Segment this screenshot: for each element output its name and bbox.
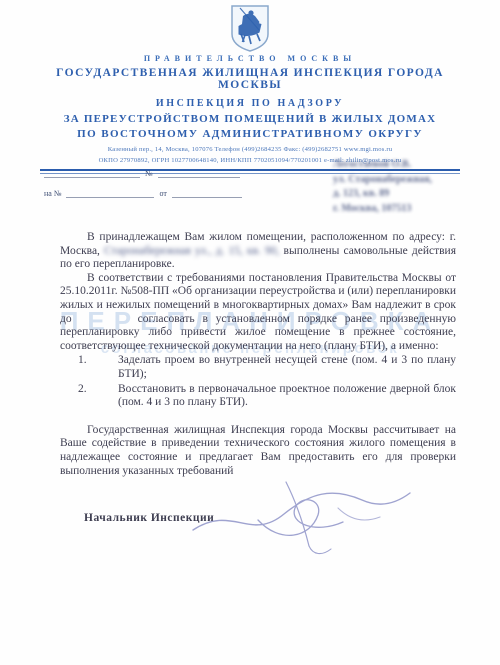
letterhead: ПРАВИТЕЛЬСТВО МОСКВЫ ГОСУДАРСТВЕННАЯ ЖИЛ…: [40, 4, 460, 174]
blank-line: [172, 188, 242, 198]
signature-block: Начальник Инспекции: [60, 468, 450, 598]
government-line: ПРАВИТЕЛЬСТВО МОСКВЫ: [40, 54, 460, 63]
requirements-list: 1. Заделать проем во внутренней несущей …: [60, 354, 456, 409]
blank-line: [66, 188, 154, 198]
recipient-house: д. 123, кв. 89: [333, 187, 468, 202]
recipient-address-redacted: Легостаевой О.В. ул. Старонабережная, д.…: [333, 158, 468, 216]
recipient-name: Легостаевой О.В.: [333, 158, 468, 173]
blank-line: [158, 168, 240, 178]
list-item: 1. Заделать проем во внутренней несущей …: [60, 354, 456, 381]
department-line2: ЗА ПЕРЕУСТРОЙСТВОМ ПОМЕЩЕНИЙ В ЖИЛЫХ ДОМ…: [40, 113, 460, 125]
from-label: от: [159, 189, 166, 198]
list-item-text: Заделать проем во внутренней несущей сте…: [118, 354, 456, 380]
scanned-letter-page: ПЕРЕПЛАНИРОВКА согласование перепланиров…: [0, 0, 500, 665]
recipient-street: ул. Старонабережная,: [333, 173, 468, 188]
paragraph-1: В принадлежащем Вам жилом помещении, рас…: [60, 231, 456, 272]
moscow-coat-of-arms-icon: [229, 4, 271, 52]
number-label: №: [145, 169, 153, 178]
list-item-number: 1.: [78, 354, 87, 368]
letter-body: В принадлежащем Вам жилом помещении, рас…: [60, 231, 456, 478]
department-line1: ИНСПЕКЦИЯ ПО НАДЗОРУ: [40, 98, 460, 109]
reference-row-reply: на №от: [44, 188, 284, 198]
paragraph-2-tail: согласовать в установленном порядке ране…: [60, 313, 456, 352]
list-item-number: 2.: [78, 383, 87, 397]
contact-line: Казенный пер., 14, Москва, 107076 Телефо…: [40, 146, 460, 153]
handwritten-signature: [188, 468, 418, 568]
blank-line: [44, 168, 140, 178]
list-item: 2. Восстановить в первоначальное проектн…: [60, 383, 456, 410]
list-item-text: Восстановить в первоначальное проектное …: [118, 383, 456, 409]
on-number-label: на №: [44, 189, 61, 198]
redacted-inline-address: Старонабережная ул., д. 15, кв. 90,: [104, 245, 279, 257]
paragraph-2: В соответствии с требованиями постановле…: [60, 272, 456, 354]
organization-name: ГОСУДАРСТВЕННАЯ ЖИЛИЩНАЯ ИНСПЕКЦИЯ ГОРОД…: [40, 67, 460, 91]
department-line3: ПО ВОСТОЧНОМУ АДМИНИСТРАТИВНОМУ ОКРУГУ: [40, 128, 460, 140]
reference-row-number: №: [44, 168, 284, 178]
recipient-city: г. Москва, 107513: [333, 202, 468, 217]
reference-fields: № на №от: [44, 168, 284, 198]
